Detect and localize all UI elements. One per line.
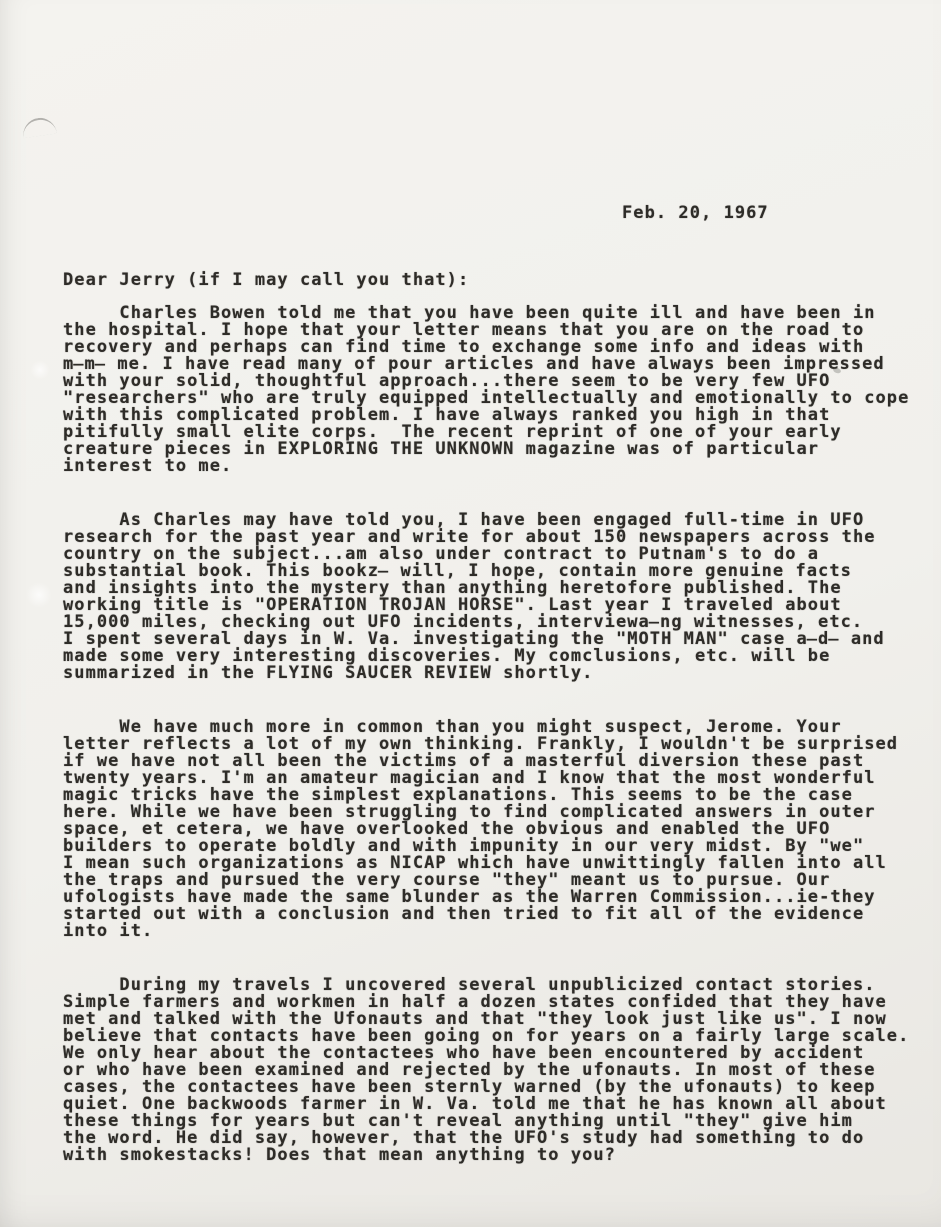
salutation: Dear Jerry (if I may call you that): — [63, 272, 931, 289]
paragraph-3: We have much more in common than you mig… — [63, 719, 931, 940]
scan-artifact-spot — [30, 360, 50, 380]
paragraph-2: As Charles may have told you, I have bee… — [63, 512, 931, 682]
paragraph-4: During my travels I uncovered several un… — [63, 977, 931, 1164]
letter-page: Feb. 20, 1967 Dear Jerry (if I may call … — [0, 0, 941, 1227]
scan-artifact-spot — [26, 582, 52, 608]
scan-artifact-arc — [21, 116, 57, 139]
letter-date: Feb. 20, 1967 — [622, 205, 931, 222]
paragraph-1: Charles Bowen told me that you have been… — [63, 305, 931, 475]
